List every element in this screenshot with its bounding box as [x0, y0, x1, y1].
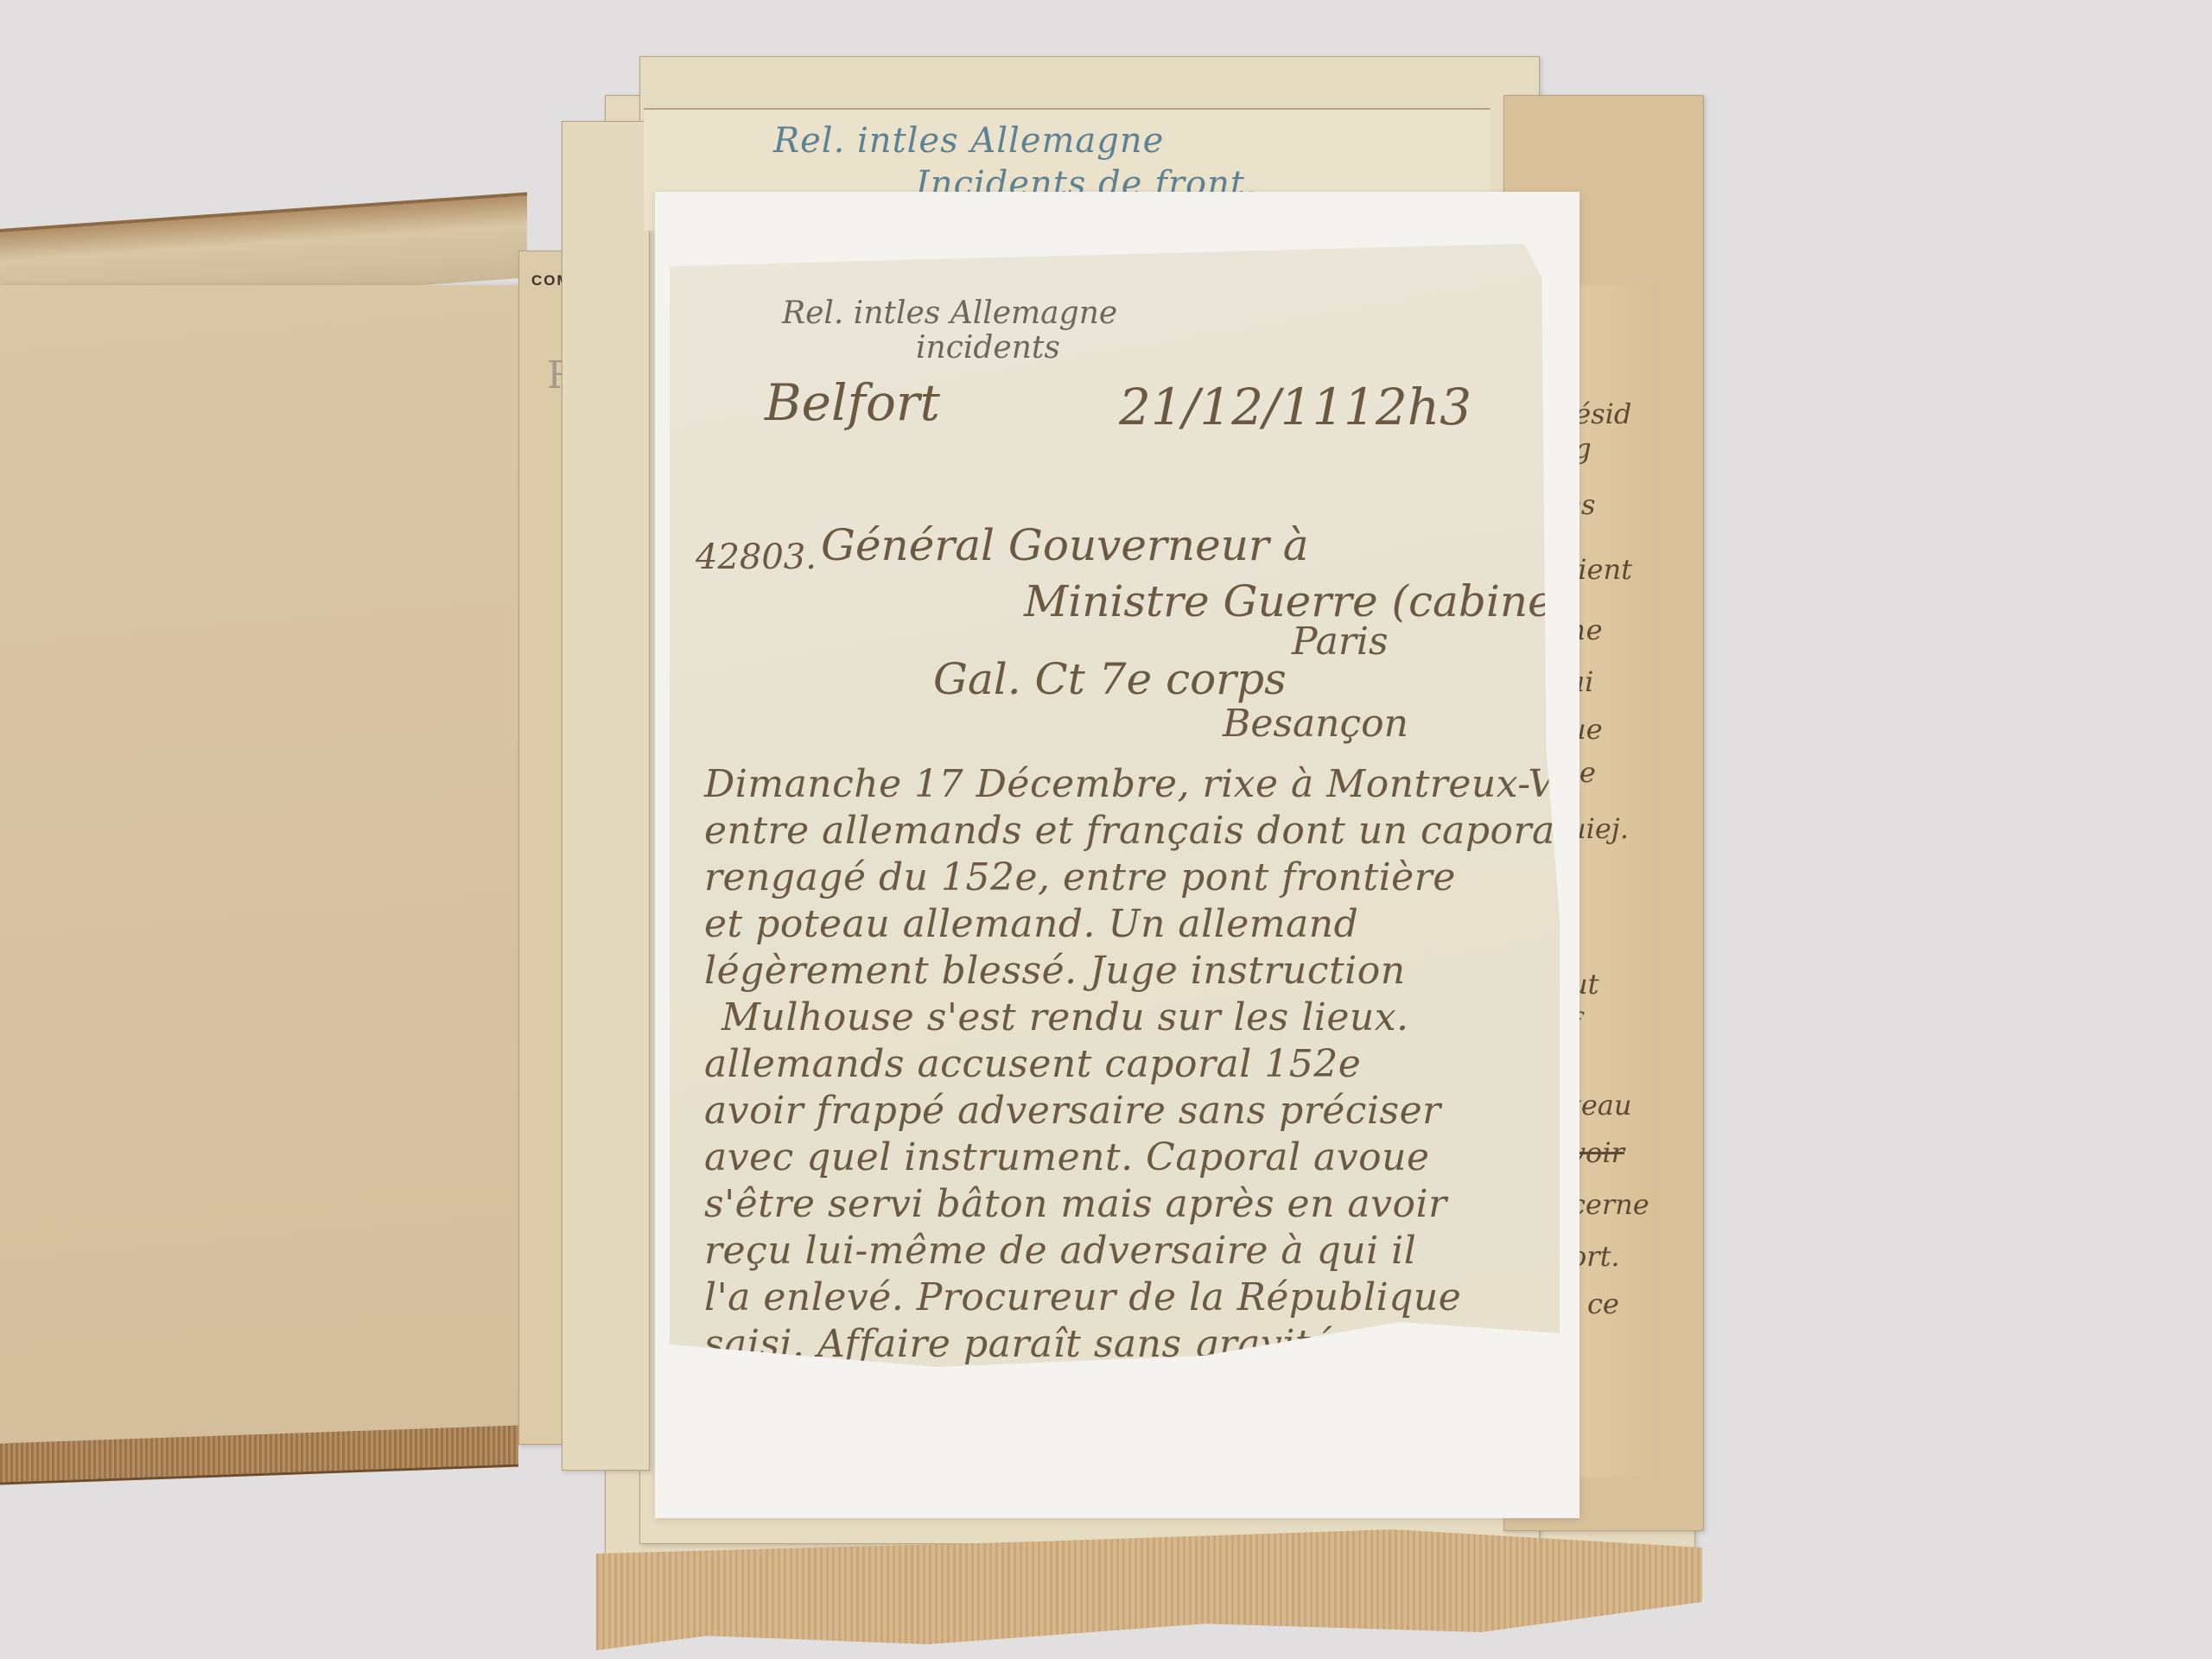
telegram-recipient-2-city: Besançon: [1223, 702, 1408, 746]
manuscript-fragment: ce: [1587, 1287, 1619, 1320]
manuscript-fragment: cerne: [1570, 1188, 1649, 1221]
telegram-body-line: avec quel instrument. Caporal avoue: [704, 1135, 1551, 1182]
telegram-body-line: rengagé du 152e, entre pont frontière: [704, 855, 1551, 902]
paper-stack-layer: [562, 121, 650, 1471]
pencil-annotation-line1: Rel. intles Allemagne: [782, 296, 1117, 331]
telegram-recipient-city: Paris: [1292, 620, 1389, 664]
handwritten-telegram: Rel. intles Allemagne incidents Belfort …: [670, 244, 1560, 1367]
telegram-body-line: s'être servi bâton mais après en avoir: [704, 1182, 1551, 1229]
telegram-body-line: reçu lui-même de adversaire à qui il: [704, 1229, 1551, 1275]
telegram-date: 21/12/11: [1119, 378, 1344, 436]
telegram-body-line: l'a enlevé. Procureur de la République: [704, 1275, 1551, 1322]
pencil-annotation-line2: incidents: [916, 330, 1060, 365]
telegram-body-line: avoir frappé adversaire sans préciser: [704, 1089, 1551, 1135]
telegram-body-line: et poteau allemand. Un allemand: [704, 902, 1551, 949]
archive-folder-cover: [0, 285, 520, 1443]
telegram-sender: Général Gouverneur à: [821, 520, 1309, 570]
blue-pencil-annotation: Rel. intles Allemagne: [773, 121, 1164, 161]
telegram-body-line: Mulhouse s'est rendu sur les lieux.: [704, 995, 1551, 1042]
telegram-body-line: entre allemands et français dont un capo…: [704, 809, 1551, 855]
telegram-place: Belfort: [765, 373, 940, 432]
telegram-body-line: légèrement blessé. Juge instruction: [704, 949, 1551, 995]
telegram-number: 42803.: [696, 537, 817, 577]
telegram-body: Dimanche 17 Décembre, rixe à Montreux-Vi…: [704, 762, 1551, 1369]
telegram-time: 12h3: [1344, 378, 1471, 436]
telegram-body-line: Dimanche 17 Décembre, rixe à Montreux-Vi…: [704, 762, 1551, 809]
telegram-recipient-2: Gal. Ct 7e corps: [933, 654, 1287, 704]
telegram-body-line: allemands accusent caporal 152e: [704, 1042, 1551, 1089]
